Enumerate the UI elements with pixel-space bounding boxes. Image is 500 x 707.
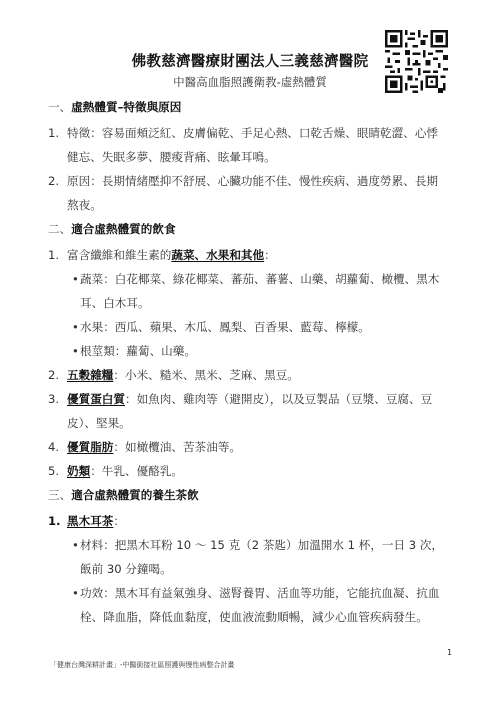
bullet-icon: • [72,339,79,363]
list-item: 1. 黑木耳茶： [48,509,448,533]
section-heading: 三、適合虛熱體質的養生茶飲 [48,485,448,509]
list-item: 3. 優質蛋白質：如魚肉、雞肉等（避開皮），以及豆製品（豆漿、豆腐、豆皮）、堅果… [48,387,448,435]
bullet-item: • 功效：黑木耳有益氣強身、滋腎養胃、活血等功能，它能抗血凝、抗血栓、降血脂，降… [48,581,448,629]
qr-code-icon [385,30,448,93]
list-item: 1. 特徵：容易面頰泛紅、皮膚偏乾、手足心熱、口乾舌燥、眼睛乾澀、心悸健忘、失眠… [48,121,448,169]
bullet-item: • 蔬菜：白花椰菜、綠花椰菜、蕃茄、蕃薯、山藥、胡蘿蔔、橄欖、黑木耳、白木耳。 [48,267,448,315]
page-number: 1 [447,648,452,657]
bullet-item: • 材料：把黑木耳粉 10 ～ 15 克（2 茶匙）加溫開水 1 杯，一日 3 … [48,533,448,581]
list-item: 1. 富含纖維和維生素的蔬菜、水果和其他： [48,243,448,267]
page-footer: 「健康台灣深耕計畫」-中醫銜接社區照護與慢性病整合計畫 [50,660,234,670]
bullet-item: • 水果：西瓜、蘋果、木瓜、鳳梨、百香果、藍莓、檸檬。 [48,315,448,339]
list-item: 4. 優質脂肪：如橄欖油、苦茶油等。 [48,435,448,459]
list-item: 5. 奶類：牛乳、優酪乳。 [48,459,448,483]
bullet-item: • 根莖類：蘿蔔、山藥。 [48,339,448,363]
section-heading: 二、適合虛熱體質的飲食 [48,219,448,243]
list-item: 2. 原因：長期情緒壓抑不舒展、心臟功能不佳、慢性疾病、過度勞累、長期熬夜。 [48,169,448,217]
list-item: 2. 五穀雜糧：小米、糙米、黑米、芝麻、黑豆。 [48,363,448,387]
bullet-icon: • [72,315,79,339]
section-heading: 一、虛熱體質–特徵與原因 [48,97,448,121]
bullet-icon: • [72,267,79,291]
bullet-icon: • [72,533,79,557]
document-page: 佛教慈濟醫療財團法人三義慈濟醫院 中醫高血脂照護衛教-虛熱體質 一、虛熱體質–特… [0,0,500,707]
document-body: 一、虛熱體質–特徵與原因 1. 特徵：容易面頰泛紅、皮膚偏乾、手足心熱、口乾舌燥… [48,97,448,629]
bullet-icon: • [72,581,79,605]
